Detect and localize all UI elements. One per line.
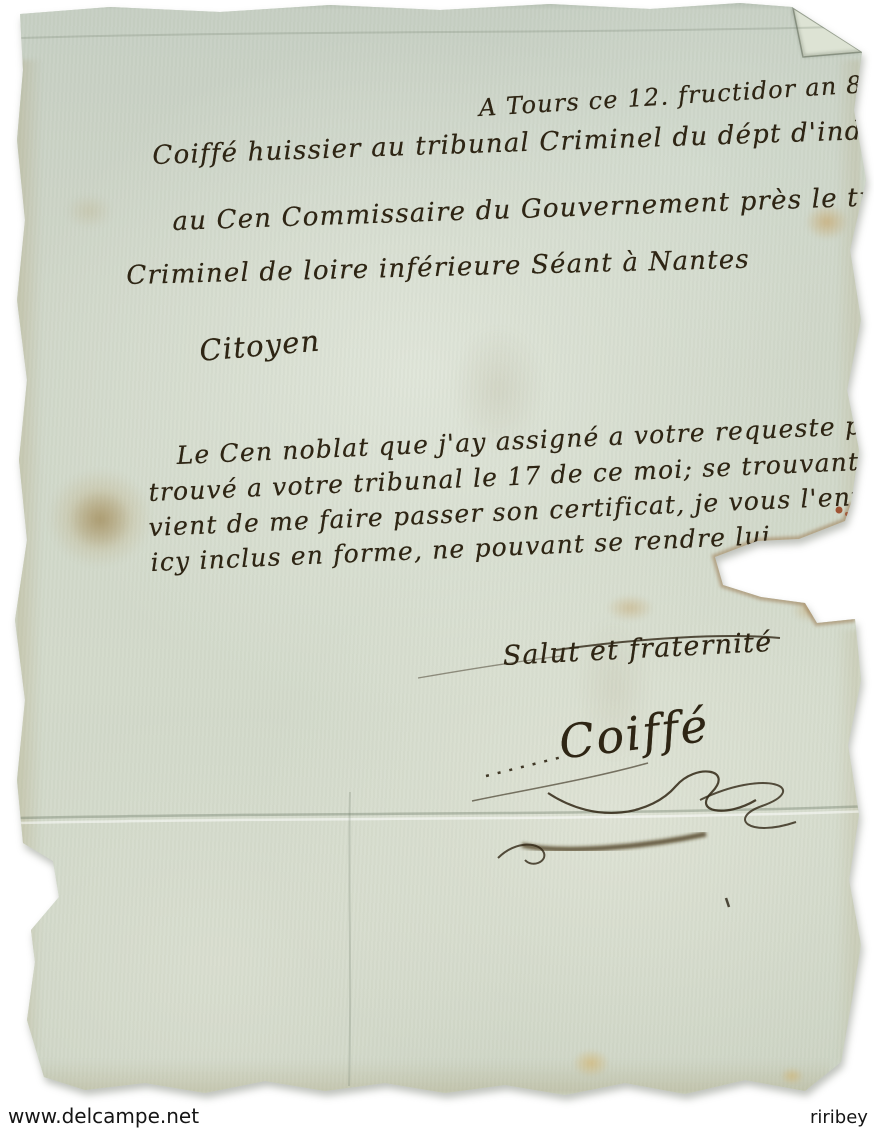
watermark-seller: riribey xyxy=(810,1107,868,1128)
ink-dotted-flourish xyxy=(486,757,562,776)
tear-hole-edge xyxy=(715,503,855,623)
fold-crease-top xyxy=(20,26,874,38)
watermark-delcampe: www.delcampe.net xyxy=(8,1104,199,1128)
fold-crease-horizontal xyxy=(18,806,872,818)
signature-tail-loop xyxy=(498,845,544,864)
rust-spot xyxy=(845,512,849,516)
ink-underline-flourish xyxy=(472,763,648,801)
signature-paraph xyxy=(548,771,756,812)
paper-marks xyxy=(0,0,874,1132)
signature-underline xyxy=(522,834,706,849)
scan-background: A Tours ce 12. fructidor an 8e Coiffé hu… xyxy=(0,0,874,1132)
letter-paper: A Tours ce 12. fructidor an 8e Coiffé hu… xyxy=(0,0,874,1132)
ink-speck xyxy=(726,898,729,907)
fold-crease-vertical xyxy=(349,792,350,1086)
paper-shadow: A Tours ce 12. fructidor an 8e Coiffé hu… xyxy=(0,0,874,1132)
